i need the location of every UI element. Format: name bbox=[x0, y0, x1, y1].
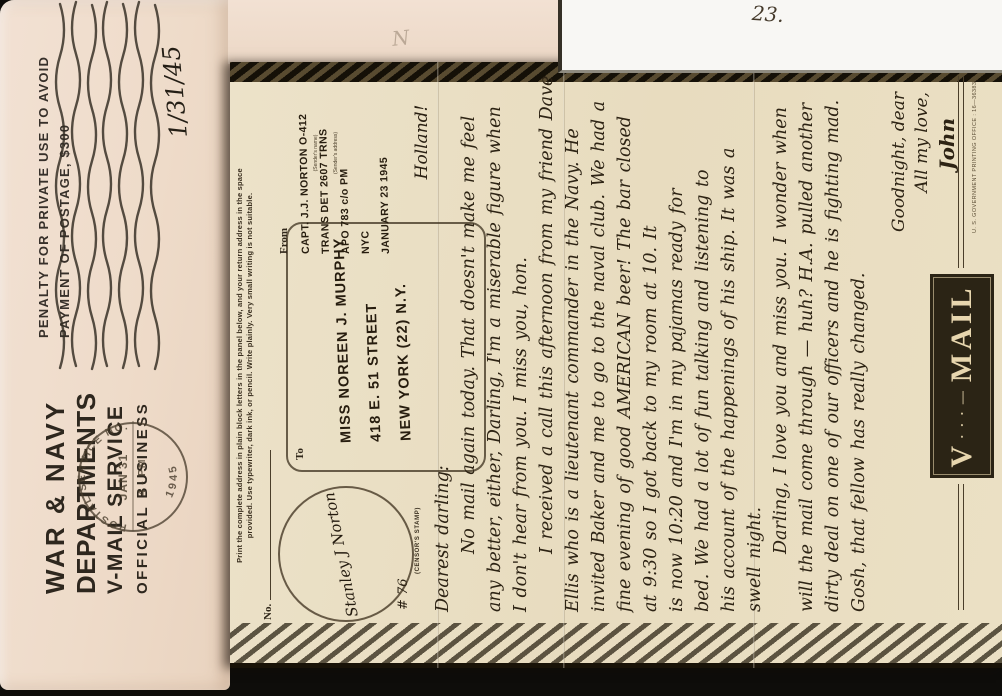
closing-block: Goodnight, dearAll my love, John bbox=[888, 92, 959, 232]
handwritten-line: his account of the happenings of his shi… bbox=[716, 64, 742, 612]
sender-address-caption: (Sender's address) bbox=[333, 78, 339, 228]
handwritten-line: Ellis who is a lieutenant commander in t… bbox=[560, 64, 586, 612]
handwritten-line: is now 10:20 and I'm in my pajamas ready… bbox=[664, 64, 690, 612]
handwritten-line: fine evening of good AMERICAN beer! The … bbox=[612, 64, 638, 612]
postmark-year: 1945 bbox=[163, 462, 180, 499]
vmail-form: Print the complete address in plain bloc… bbox=[230, 62, 1002, 668]
closing-lines: Goodnight, dearAll my love, bbox=[888, 92, 934, 232]
cancellation-wavy-lines bbox=[48, 0, 183, 378]
from-address-line: JANUARY 23 1945 bbox=[372, 68, 396, 254]
form-instructions: Print the complete address in plain bloc… bbox=[235, 113, 255, 618]
letter-body: Dearest darling:No mail again today. Tha… bbox=[430, 64, 872, 612]
album-page-number: 23. bbox=[751, 1, 784, 27]
logo-morse-code: · · · — bbox=[954, 389, 970, 439]
form-number-field: No. bbox=[260, 450, 274, 620]
postmark-date: JAN 31 bbox=[116, 454, 130, 501]
scanned-vmail-photo: 23. PENALTY FOR PRIVATE USE TO AVOID PAY… bbox=[0, 0, 1002, 696]
handwritten-line: swell night. bbox=[742, 64, 768, 612]
pencil-mark: N bbox=[391, 25, 411, 51]
vmail-logo: V · · · — MAIL bbox=[930, 274, 994, 478]
dateline-location: Holland! bbox=[412, 76, 432, 208]
handwritten-line: at 9:30 so I got back to my room at 10. … bbox=[638, 64, 664, 612]
envelope: PENALTY FOR PRIVATE USE TO AVOID PAYMENT… bbox=[0, 0, 230, 690]
handwritten-line: Darling, I love you and miss you. I wond… bbox=[768, 64, 794, 612]
double-rule-left bbox=[958, 484, 964, 610]
from-address-block: From CAPT. J.J. NORTON O-412TRANS DET 26… bbox=[278, 68, 394, 254]
to-address: MISS NOREEN J. MURPHY418 E. 51 STREETNEW… bbox=[324, 235, 421, 444]
to-address-line: NEW YORK (22) N.Y. bbox=[384, 235, 421, 441]
censor-stamp-label: (CENSOR'S STAMP) bbox=[415, 507, 421, 574]
backing-sheet: 23. bbox=[558, 0, 1002, 73]
no-blank-line bbox=[260, 450, 271, 600]
double-rule-right bbox=[958, 76, 964, 268]
letter-number: # 76 bbox=[396, 578, 411, 610]
handwritten-line: will the mail come through — huh? H.A. p… bbox=[794, 64, 820, 612]
handwritten-line: I received a call this afternoon from my… bbox=[534, 64, 560, 612]
from-label: From bbox=[278, 68, 290, 254]
logo-v: V bbox=[945, 446, 979, 468]
sender-name-caption: (Sender's name) bbox=[313, 78, 319, 228]
closing-line: Goodnight, dear bbox=[888, 92, 911, 232]
postmark-time: 4 - PM bbox=[136, 459, 148, 496]
hatch-border-left bbox=[230, 623, 1002, 668]
signature: John bbox=[935, 92, 959, 232]
closing-line: All my love, bbox=[911, 92, 934, 232]
handwritten-line: invited Baker and me to go to the naval … bbox=[586, 64, 612, 612]
envelope-flap: N bbox=[228, 0, 566, 64]
censor-signature: Stanley J Norton bbox=[320, 491, 362, 618]
return-address-line: WAR & NAVY bbox=[40, 393, 71, 594]
censor-stamp-circle: Stanley J Norton bbox=[278, 486, 414, 622]
no-label: No. bbox=[262, 604, 274, 620]
instructions-line-2: provided. Use typewriter, dark ink, or p… bbox=[245, 113, 255, 618]
gpo-imprint: U. S. GOVERNMENT PRINTING OFFICE : 16—36… bbox=[972, 76, 978, 372]
from-address: CAPT. J.J. NORTON O-412TRANS DET 2607 TR… bbox=[294, 68, 394, 254]
vmail-letter: Print the complete address in plain bloc… bbox=[230, 62, 1002, 668]
handwritten-line: Gosh, that fellow has really changed. bbox=[846, 64, 872, 612]
instructions-line-1: Print the complete address in plain bloc… bbox=[235, 113, 245, 618]
handwritten-line: any better, either, Darling, I'm a miser… bbox=[482, 64, 508, 612]
to-label: To bbox=[294, 448, 306, 460]
handwritten-line: bed. We had a lot of fun talking and lis… bbox=[690, 64, 716, 612]
handwritten-line: Dearest darling: bbox=[430, 64, 456, 612]
postmark-stamp: POSTAL SERVICE NO.1 1945 JAN 31 4 - PM bbox=[71, 415, 195, 539]
svg-text:1945: 1945 bbox=[163, 462, 180, 499]
handwritten-line: I don't hear from you. I miss you, hon. bbox=[508, 64, 534, 612]
handwritten-line: No mail again today. That doesn't make m… bbox=[456, 64, 482, 612]
handwritten-line: dirty deal on one of our officers and he… bbox=[820, 64, 846, 612]
